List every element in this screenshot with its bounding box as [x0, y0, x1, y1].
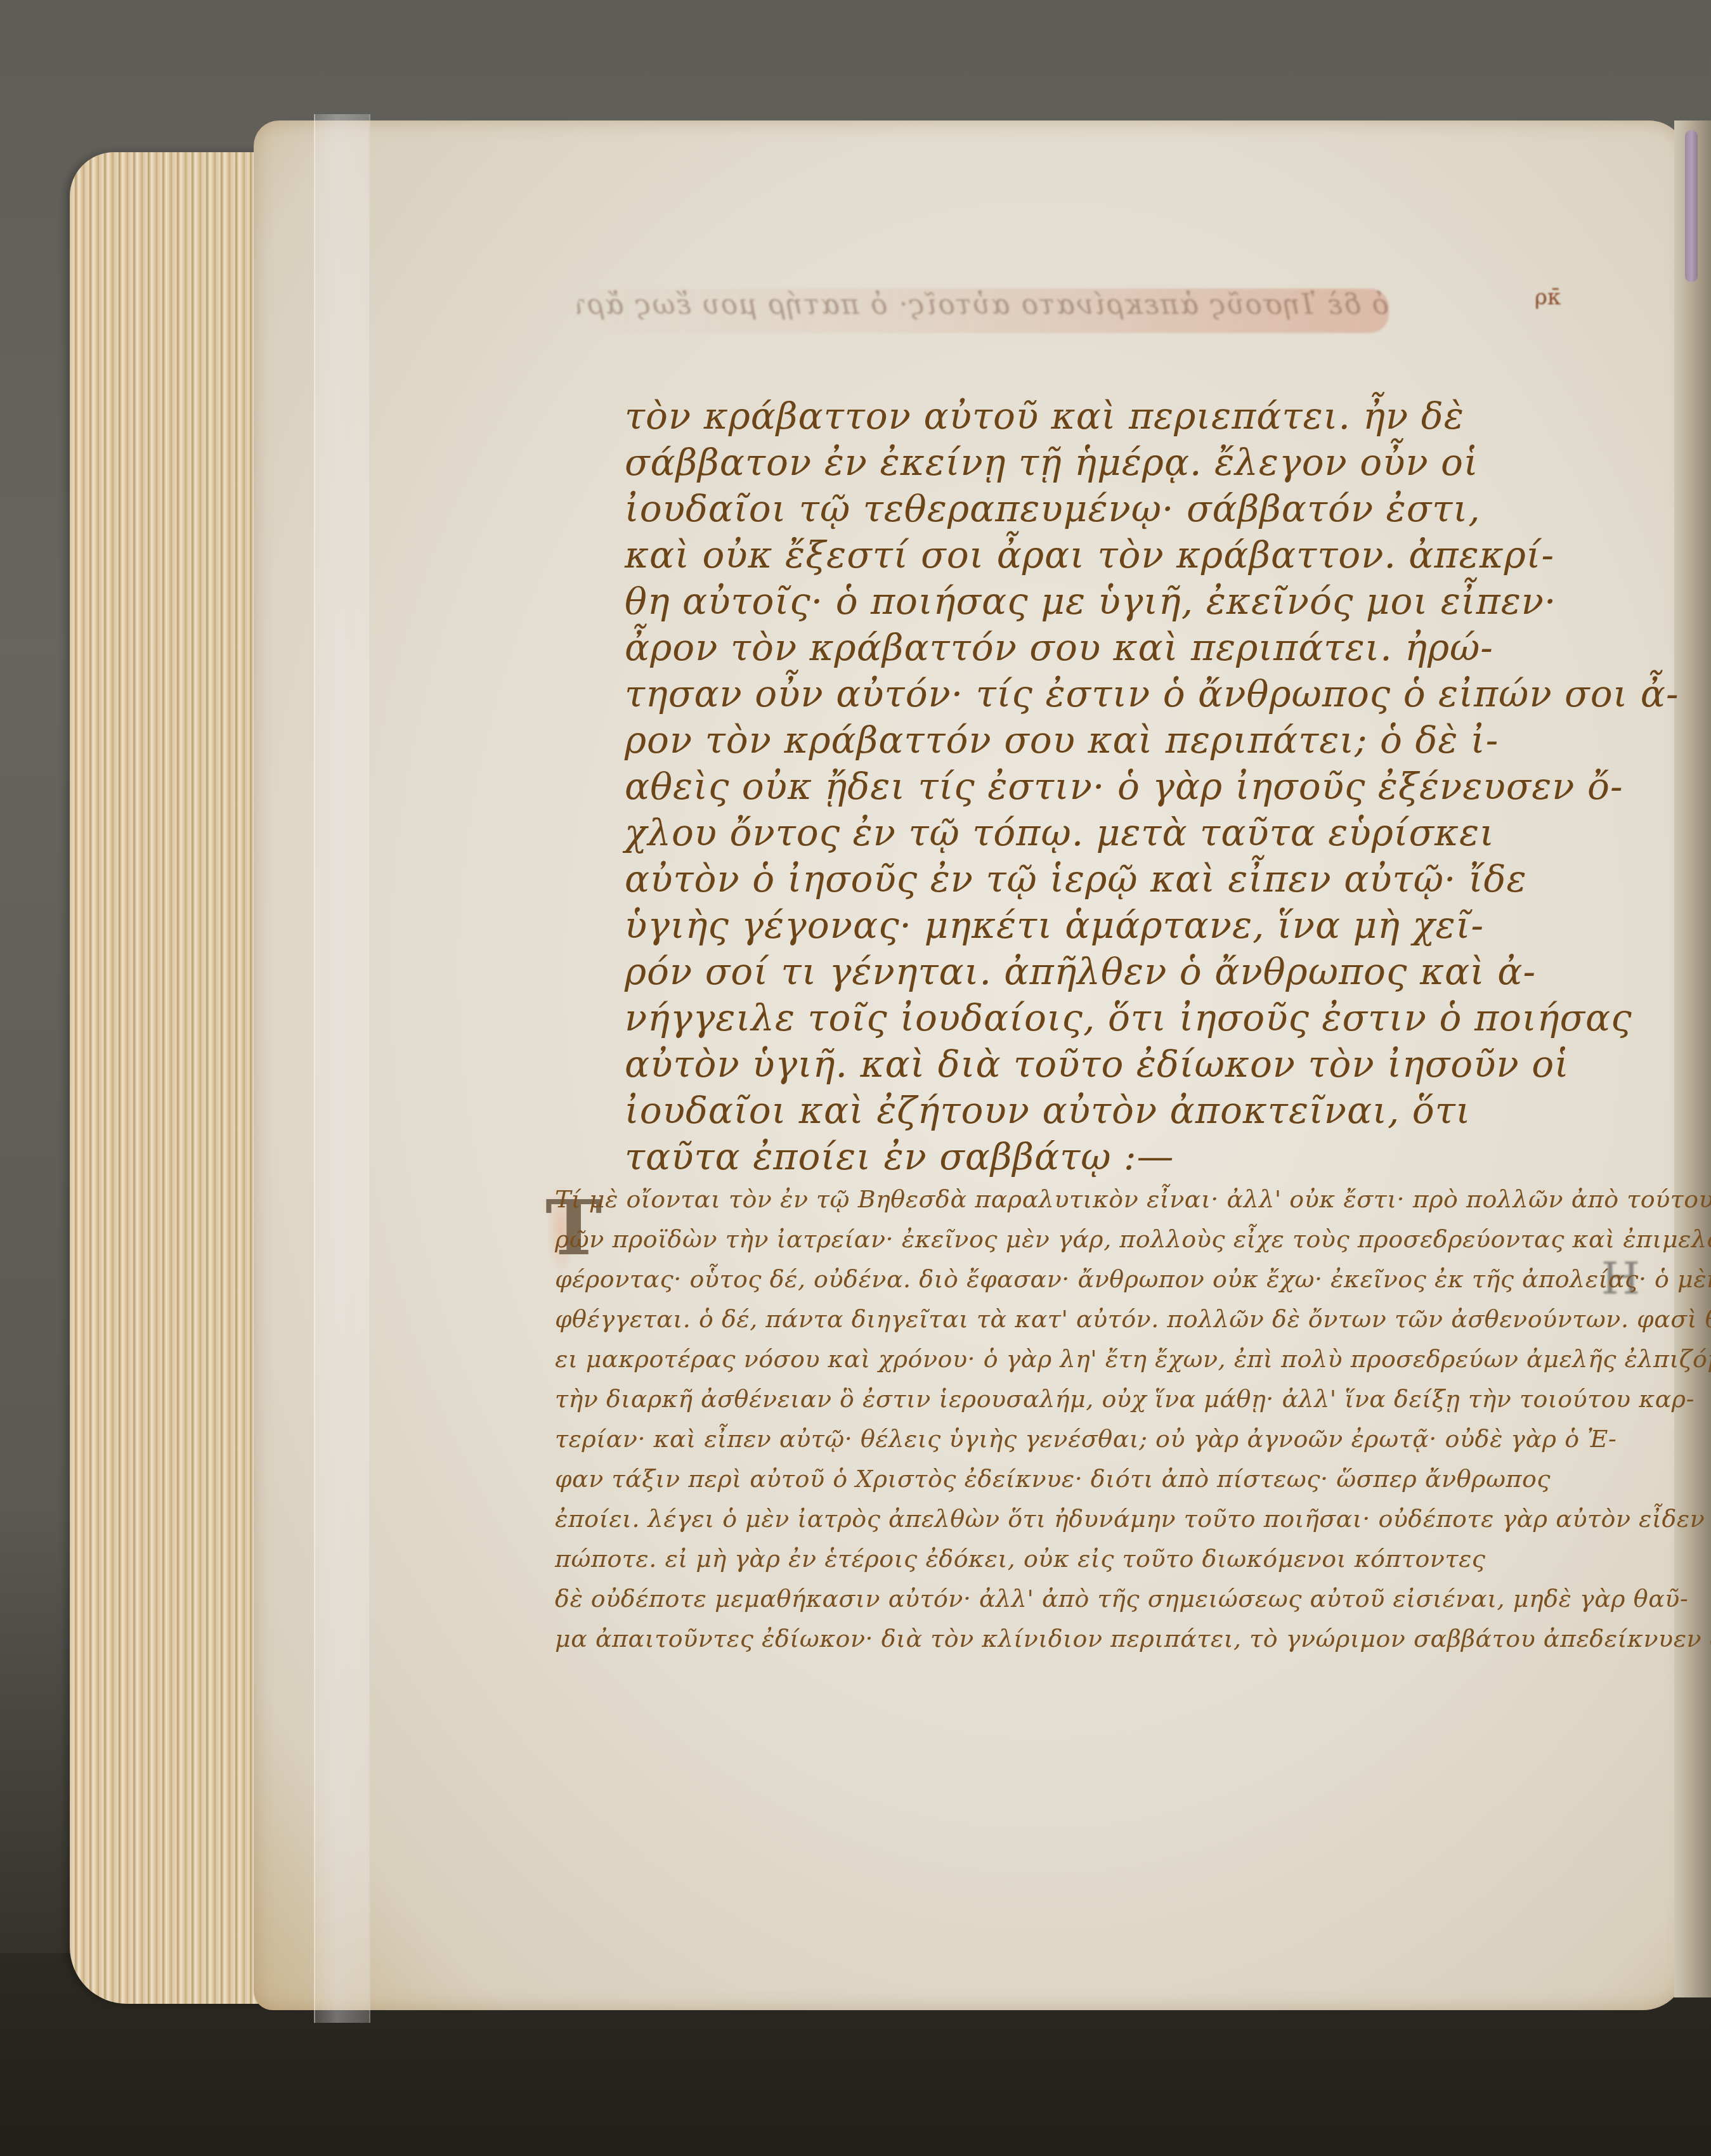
- commentary-line: πώποτε. εἰ μὴ γὰρ ἐν ἑτέροις ἐδόκει, οὐκ…: [555, 1539, 1633, 1579]
- commentary-line: μα ἀπαιτοῦντες ἐδίωκον· διὰ τὸν κλίνιδιο…: [555, 1619, 1633, 1659]
- main-text-line: τὸν κράβαττον αὐτοῦ καὶ περιεπάτει. ἦν δ…: [625, 393, 1614, 439]
- commentary-line: δὲ οὐδέποτε μεμαθήκασιν αὐτόν· ἀλλ' ἀπὸ …: [555, 1579, 1633, 1619]
- folio-marker: ρκ̄: [1535, 289, 1554, 377]
- main-text-line: ρόν σοί τι γένηται. ἀπῆλθεν ὁ ἄνθρωπος κ…: [625, 949, 1614, 995]
- main-text-line: ἆρον τὸν κράβαττόν σου καὶ περιπάτει. ἠρ…: [625, 625, 1614, 671]
- main-text-block: τὸν κράβαττον αὐτοῦ καὶ περιεπάτει. ἦν δ…: [625, 393, 1614, 1180]
- commentary-line: Τί μὲ οἴονται τὸν ἐν τῷ Βηθεσδὰ παραλυτι…: [555, 1179, 1633, 1219]
- commentary-line: ει μακροτέρας νόσου καὶ χρόνου· ὁ γὰρ λη…: [555, 1339, 1633, 1379]
- commentary-line: ρῶν προϊδὼν τὴν ἰατρείαν· ἐκεῖνος μὲν γά…: [555, 1219, 1633, 1259]
- main-text-line: τησαν οὖν αὐτόν· τίς ἐστιν ὁ ἄνθρωπος ὁ …: [625, 671, 1614, 717]
- running-title-bleedthrough: ὁ δὲ Ἰησοῦς ἀπεκρίνατο αὐτοῖς· ὁ πατήρ μ…: [577, 289, 1389, 333]
- main-text-line: ρον τὸν κράβαττόν σου καὶ περιπάτει; ὁ δ…: [625, 717, 1614, 763]
- commentary-line: φαν τάξιν περὶ αὐτοῦ ὁ Χριστὸς ἐδείκνυε·…: [555, 1459, 1633, 1499]
- main-text-line: ἰουδαῖοι τῷ τεθεραπευμένῳ· σάββατόν ἐστι…: [625, 486, 1614, 532]
- main-text-line: χλου ὄντος ἐν τῷ τόπῳ. μετὰ ταῦτα εὑρίσκ…: [625, 810, 1614, 856]
- main-text-line: αὐτὸν ὑγιῆ. καὶ διὰ τοῦτο ἐδίωκον τὸν ἰη…: [625, 1041, 1614, 1088]
- main-text-line: αὐτὸν ὁ ἰησοῦς ἐν τῷ ἱερῷ καὶ εἶπεν αὐτῷ…: [625, 856, 1614, 902]
- main-text-line: θη αὐτοῖς· ὁ ποιήσας με ὑγιῆ, ἐκεῖνός μο…: [625, 578, 1614, 625]
- binding-gutter: [1674, 120, 1711, 1997]
- main-text-line: ἰουδαῖοι καὶ ἐζήτουν αὐτὸν ἀποκτεῖναι, ὅ…: [625, 1088, 1614, 1134]
- commentary-line: τερίαν· καὶ εἶπεν αὐτῷ· θέλεις ὑγιὴς γεν…: [555, 1419, 1633, 1459]
- main-text-line: αθεὶς οὐκ ᾔδει τίς ἐστιν· ὁ γὰρ ἰησοῦς ἐ…: [625, 763, 1614, 810]
- main-text-line: καὶ οὐκ ἔξεστί σοι ἆραι τὸν κράβαττον. ἀ…: [625, 532, 1614, 578]
- commentary-block: Τί μὲ οἴονται τὸν ἐν τῷ Βηθεσδὰ παραλυτι…: [555, 1179, 1633, 1659]
- main-text-line: ταῦτα ἐποίει ἐν σαββάτῳ :—: [625, 1134, 1614, 1180]
- spine-thread: [1685, 130, 1698, 282]
- conservation-tape: [314, 114, 370, 2023]
- main-text-line: νήγγειλε τοῖς ἰουδαίοις, ὅτι ἰησοῦς ἐστι…: [625, 995, 1614, 1041]
- commentary-line: τὴν διαρκῆ ἀσθένειαν ὃ ἐστιν ἱερουσαλήμ,…: [555, 1379, 1633, 1419]
- commentary-line: φέροντας· οὗτος δέ, οὐδένα. διὸ ἔφασαν· …: [555, 1259, 1633, 1299]
- commentary-line: ἐποίει. λέγει ὁ μὲν ἰατρὸς ἀπελθὼν ὅτι ἠ…: [555, 1499, 1633, 1539]
- commentary-line: φθέγγεται. ὁ δέ, πάντα διηγεῖται τὰ κατ'…: [555, 1299, 1633, 1339]
- page-stack-edges: [70, 152, 279, 2004]
- main-text-line: ὑγιὴς γέγονας· μηκέτι ἁμάρτανε, ἵνα μὴ χ…: [625, 902, 1614, 949]
- main-text-line: σάββατον ἐν ἐκείνῃ τῇ ἡμέρᾳ. ἔλεγον οὖν …: [625, 439, 1614, 486]
